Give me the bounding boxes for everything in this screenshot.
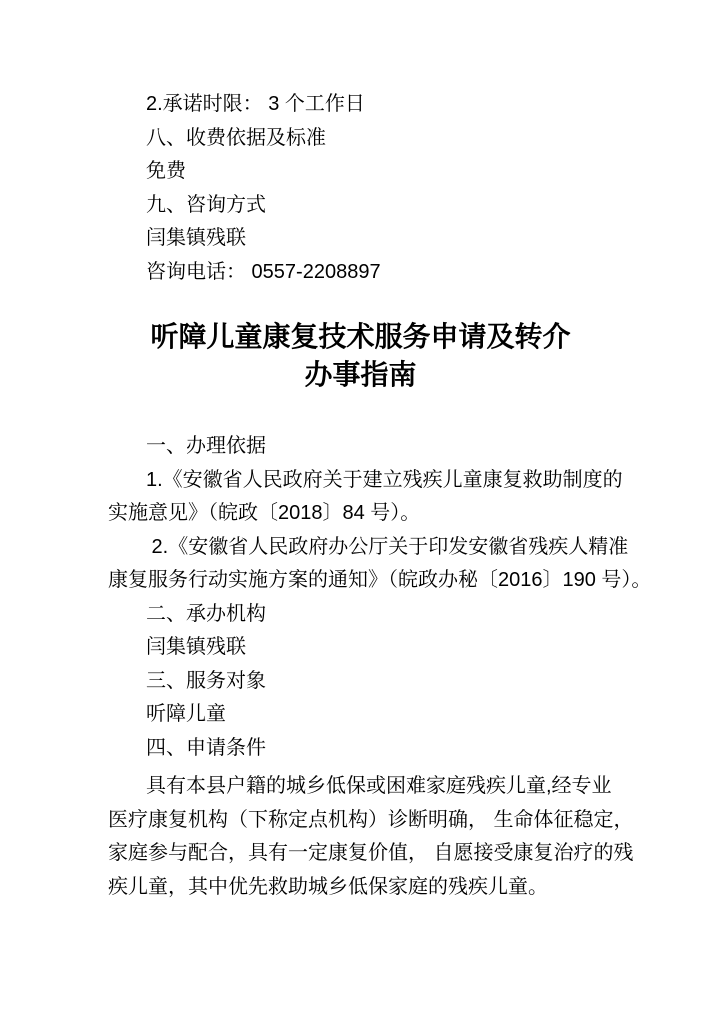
previous-section-tail: 2.承诺时限： 3 个工作日 八、收费依据及标准 免费 九、咨询方式 闫集镇残联…: [108, 88, 613, 289]
conditions-paragraph-line-3: 家庭参与配合，具有一定康复价值， 自愿接受康复治疗的残: [108, 837, 613, 871]
section-9-heading: 九、咨询方式: [108, 189, 613, 223]
section-8-heading: 八、收费依据及标准: [108, 122, 613, 156]
conditions-paragraph-line-2: 医疗康复机构（下称定点机构）诊断明确， 生命体征稳定，: [108, 804, 613, 838]
fee-value-line: 免费: [108, 155, 613, 189]
agency-name-line: 闫集镇残联: [108, 222, 613, 256]
basis-item-1-line-1: 1.《安徽省人民政府关于建立残疾儿童康复救助制度的: [108, 464, 613, 498]
section-1-heading: 一、办理依据: [108, 430, 613, 464]
conditions-paragraph-line-1: 具有本县户籍的城乡低保或困难家庭残疾儿童,经专业: [108, 770, 613, 804]
section-3-heading: 三、服务对象: [108, 665, 613, 699]
document-content: 2.承诺时限： 3 个工作日 八、收费依据及标准 免费 九、咨询方式 闫集镇残联…: [108, 88, 613, 904]
basis-item-2-line-2: 康复服务行动实施方案的通知》（皖政办秘〔2016〕190 号）。: [108, 564, 613, 598]
section-4-heading: 四、申请条件: [108, 732, 613, 766]
document-title: 听障儿童康复技术服务申请及转介 办事指南: [108, 318, 613, 394]
section-2-heading: 二、承办机构: [108, 598, 613, 632]
basis-item-1-line-2: 实施意见》（皖政〔2018〕84 号）。: [108, 497, 613, 531]
document-page: 2.承诺时限： 3 个工作日 八、收费依据及标准 免费 九、咨询方式 闫集镇残联…: [0, 0, 715, 1011]
document-title-line-2: 办事指南: [108, 356, 613, 394]
guide-body: 一、办理依据 1.《安徽省人民政府关于建立残疾儿童康复救助制度的 实施意见》（皖…: [108, 430, 613, 904]
document-title-line-1: 听障儿童康复技术服务申请及转介: [108, 318, 613, 356]
phone-line: 咨询电话： 0557-2208897: [108, 256, 613, 290]
promise-deadline-line: 2.承诺时限： 3 个工作日: [108, 88, 613, 122]
service-target-line: 听障儿童: [108, 698, 613, 732]
undertaking-agency-line: 闫集镇残联: [108, 631, 613, 665]
basis-item-2-line-1: 2.《安徽省人民政府办公厅关于印发安徽省残疾人精准: [108, 531, 613, 565]
conditions-paragraph-line-4: 疾儿童，其中优先救助城乡低保家庭的残疾儿童。: [108, 871, 613, 905]
